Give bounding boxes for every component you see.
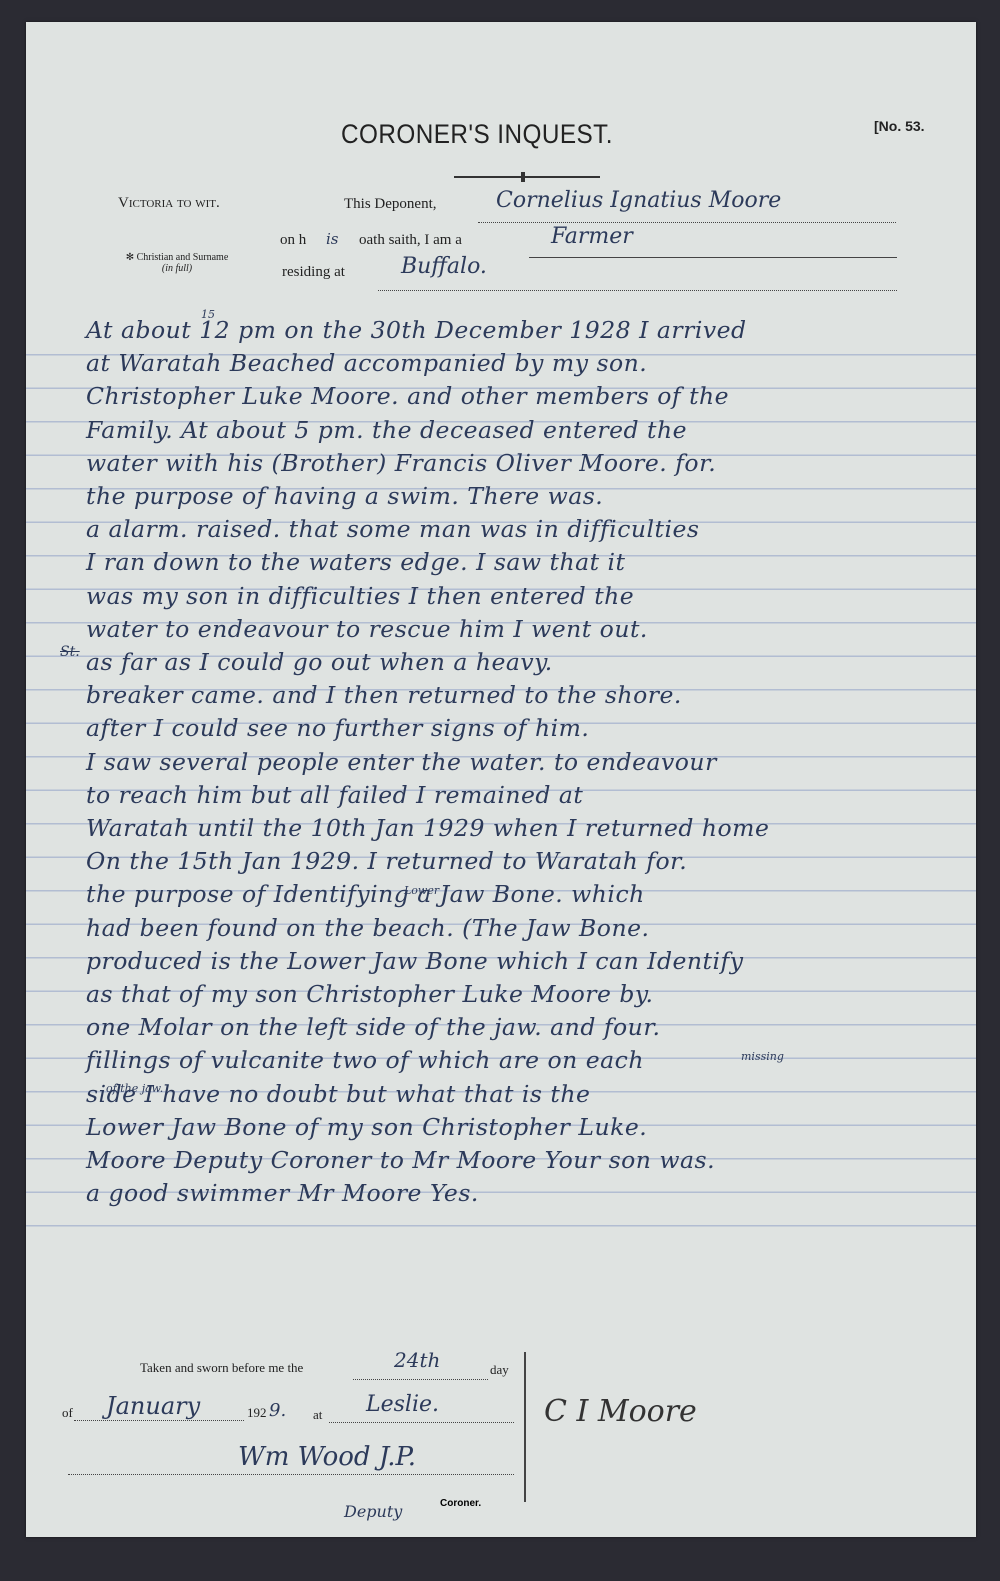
- oath-label-prefix: on h: [280, 232, 306, 249]
- missing-insertion: missing: [741, 1050, 784, 1063]
- statement-line: had been found on the beach. (The Jaw Bo…: [86, 912, 986, 945]
- name-footnote: ✻ Christian and Surname (in full): [112, 252, 242, 274]
- statement-line: At about 12 pm on the 30th December 1928…: [86, 314, 986, 347]
- statement-line: at Waratah Beached accompanied by my son…: [86, 347, 986, 380]
- statement-line: a alarm. raised. that some man was in di…: [86, 513, 986, 546]
- statement-line: to reach him but all failed I remained a…: [86, 779, 986, 812]
- statement-line: water to endeavour to rescue him I went …: [86, 613, 986, 646]
- statement-line: I ran down to the waters edge. I saw tha…: [86, 546, 986, 579]
- name-footnote-text: ✻ Christian and Surname: [112, 252, 242, 263]
- statement-line: as that of my son Christopher Luke Moore…: [86, 978, 986, 1011]
- jurat-at-label: at: [313, 1407, 322, 1423]
- deposition-statement: At about 12 pm on the 30th December 1928…: [86, 314, 986, 1210]
- inquest-form-page: CORONER'S INQUEST. [No. 53. Victoria to …: [26, 22, 976, 1537]
- form-number: [No. 53.: [874, 118, 925, 134]
- statement-line: On the 15th Jan 1929. I returned to Wara…: [86, 845, 986, 878]
- statement-line: Lower Jaw Bone of my son Christopher Luk…: [86, 1111, 986, 1144]
- occupation-line: [529, 257, 897, 258]
- jurat-place-value: Leslie.: [366, 1392, 439, 1417]
- coroner-label: Coroner.: [440, 1498, 481, 1509]
- statement-line: the purpose of having a swim. There was.: [86, 480, 986, 513]
- jurat-day-value: 24th: [394, 1348, 440, 1372]
- residence-value: Buffalo.: [401, 254, 487, 279]
- jurat-month-value: January: [106, 1392, 200, 1420]
- statement-line: Waratah until the 10th Jan 1929 when I r…: [86, 812, 986, 845]
- statement-line: one Molar on the left side of the jaw. a…: [86, 1011, 986, 1044]
- statement-line: Christopher Luke Moore. and other member…: [86, 380, 986, 413]
- official-signature-line: [68, 1474, 514, 1475]
- statement-line: Moore Deputy Coroner to Mr Moore Your so…: [86, 1144, 986, 1177]
- deputy-note: Deputy: [344, 1502, 402, 1521]
- statement-line: was my son in difficulties I then entere…: [86, 580, 986, 613]
- jurat-day-label: day: [490, 1362, 509, 1378]
- form-title: CORONER'S INQUEST.: [341, 119, 613, 150]
- jurat-year-prefix: 192: [247, 1405, 267, 1421]
- deponent-line: [478, 222, 896, 223]
- statement-line: I saw several people enter the water. to…: [86, 746, 986, 779]
- statement-line: as far as I could go out when a heavy.: [86, 646, 986, 679]
- statement-line: a good swimmer Mr Moore Yes.: [86, 1177, 986, 1210]
- jurat-year-suffix: 9.: [269, 1400, 286, 1421]
- oath-pronoun: is: [326, 230, 339, 248]
- statement-line: produced is the Lower Jaw Bone which I c…: [86, 945, 986, 978]
- jurat-divider: [524, 1352, 526, 1502]
- residence-line: [378, 290, 897, 291]
- title-ornament-divider: [454, 176, 600, 178]
- time-superscript: 15: [201, 308, 215, 321]
- statement-line: breaker came. and I then returned to the…: [86, 679, 986, 712]
- deponent-name: Cornelius Ignatius Moore: [496, 188, 781, 213]
- statement-line: side I have no doubt but what that is th…: [86, 1078, 986, 1111]
- statement-line: the purpose of Identifying a Jaw Bone. w…: [86, 878, 986, 911]
- jurat-taken-label: Taken and sworn before me the: [140, 1360, 303, 1376]
- jurisdiction-label: Victoria to wit.: [118, 195, 220, 212]
- residing-label: residing at: [282, 264, 345, 281]
- official-signature: Wm Wood J.P.: [238, 1442, 416, 1472]
- statement-line: after I could see no further signs of hi…: [86, 712, 986, 745]
- jurat-month-line: [74, 1420, 244, 1421]
- deponent-signature: C I Moore: [544, 1394, 697, 1429]
- oath-label-suffix: oath saith, I am a: [359, 232, 462, 249]
- deponent-label: This Deponent,: [344, 196, 436, 213]
- statement-line: fillings of vulcanite two of which are o…: [86, 1044, 986, 1077]
- statement-line: water with his (Brother) Francis Oliver …: [86, 447, 986, 480]
- statement-line: Family. At about 5 pm. the deceased ente…: [86, 414, 986, 447]
- jurat-of-label: of: [62, 1405, 73, 1421]
- jurat-place-line: [329, 1422, 514, 1423]
- jurat-day-line: [353, 1379, 488, 1380]
- name-footnote-sub: (in full): [112, 263, 242, 274]
- occupation-value: Farmer: [551, 224, 633, 249]
- lower-insertion: Lower: [404, 884, 439, 897]
- struck-out-mark: St.: [60, 644, 80, 660]
- of-the-jaw-insertion: of the jaw.: [106, 1082, 163, 1095]
